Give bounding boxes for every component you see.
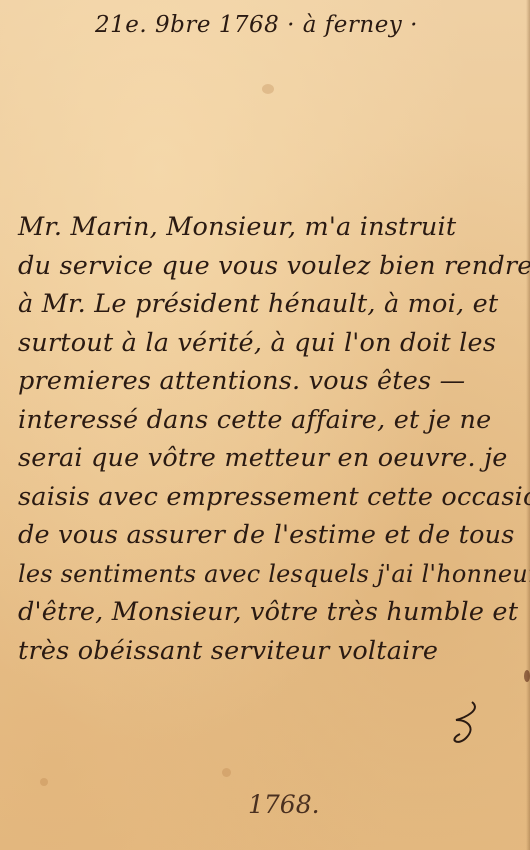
paper-stain xyxy=(262,84,274,94)
letter-line: Mr. Marin, Monsieur, m'a instruit xyxy=(18,208,523,247)
paper-edge xyxy=(526,0,530,850)
archival-year-note: 1768. xyxy=(248,790,320,819)
paper-stain xyxy=(222,768,231,777)
letter-line: interessé dans cette affaire, et je ne xyxy=(18,401,523,440)
letter-line: du service que vous voulez bien rendre xyxy=(18,247,523,286)
letter-body: Mr. Marin, Monsieur, m'a instruit du ser… xyxy=(18,208,523,670)
letter-line: de vous assurer de l'estime et de tous xyxy=(18,516,523,555)
letter-line: d'être, Monsieur, vôtre très humble et xyxy=(18,593,523,632)
letter-line: serai que vôtre metteur en oeuvre. je xyxy=(18,439,523,478)
letter-line: à Mr. Le président hénault, à moi, et xyxy=(18,285,523,324)
letter-line: surtout à la vérité, à qui l'on doit les xyxy=(18,324,523,363)
letter-line: les sentiments avec lesquels j'ai l'honn… xyxy=(18,555,523,594)
letter-signature-line: très obéissant serviteur voltaire xyxy=(18,632,523,671)
letter-line: saisis avec empressement cette occasion xyxy=(18,478,523,517)
paper-stain xyxy=(40,778,48,786)
paper-stain xyxy=(524,670,530,682)
letter-dateline: 21e. 9bre 1768 · à ferney · xyxy=(95,12,418,38)
letter-line: premieres attentions. vous êtes — xyxy=(18,362,523,401)
letter-page: 21e. 9bre 1768 · à ferney · Mr. Marin, M… xyxy=(0,0,530,850)
signature-flourish xyxy=(442,700,502,750)
